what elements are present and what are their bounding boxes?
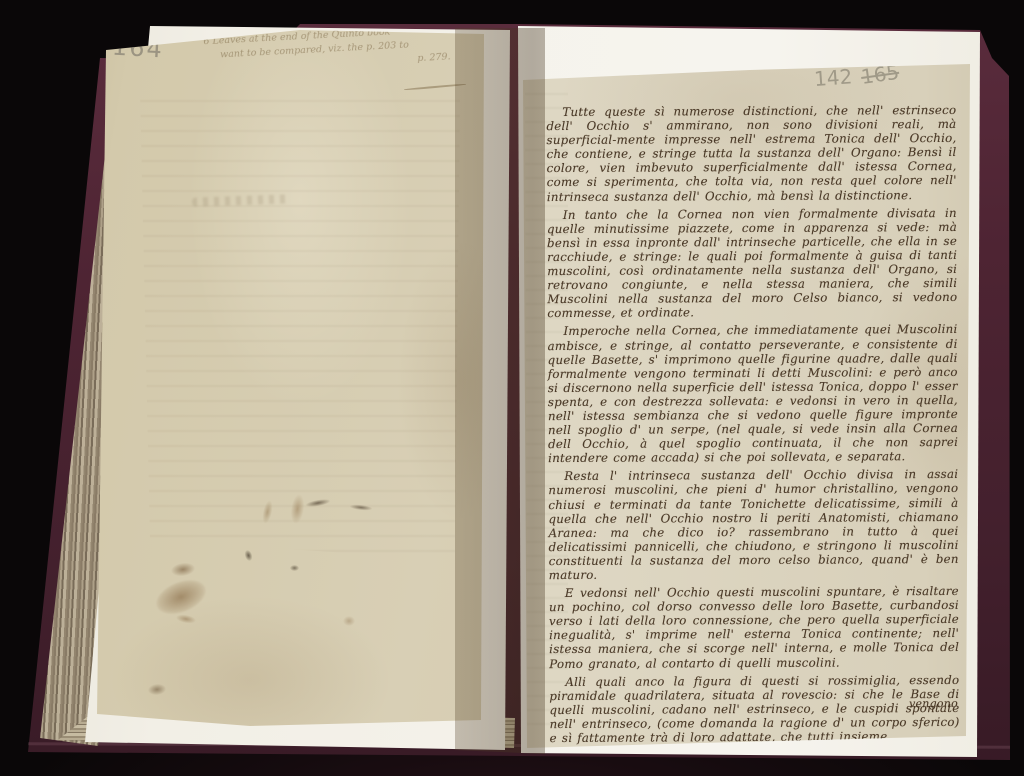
ink-stain [290,565,299,571]
catchword: vengono [548,697,986,713]
ink-stain [306,498,331,508]
ink-mark [170,561,196,577]
ink-stain [343,616,355,626]
photo-open-manuscript-book: 164 6 Leaves at the end of the Quinto bo… [0,0,1024,776]
right-folio-number-pencil: 142 [813,64,853,91]
ink-stain [243,549,253,562]
manuscript-paragraph: Tutte queste sì numerose distinctioni, c… [546,103,957,204]
ink-mark [147,683,166,696]
faint-scribble [192,194,290,206]
ink-stain [350,504,372,511]
manuscript-paragraph: Imperoche nella Cornea, che immediatamen… [547,322,958,465]
manuscript-text-block: Tutte queste sì numerose distinctioni, c… [546,103,959,749]
large-brown-blot [151,573,210,620]
ink-stain [175,613,196,624]
ink-stain [261,499,275,524]
ink-stain [289,493,306,525]
manuscript-paragraph: In tanto che la Cornea non vien formalme… [547,206,958,321]
manuscript-paragraph: E vedonsi nell' Occhio questi muscolini … [549,584,959,671]
manuscript-paragraph: Resta l' intrinseca sustanza dell' Occhi… [548,467,959,582]
